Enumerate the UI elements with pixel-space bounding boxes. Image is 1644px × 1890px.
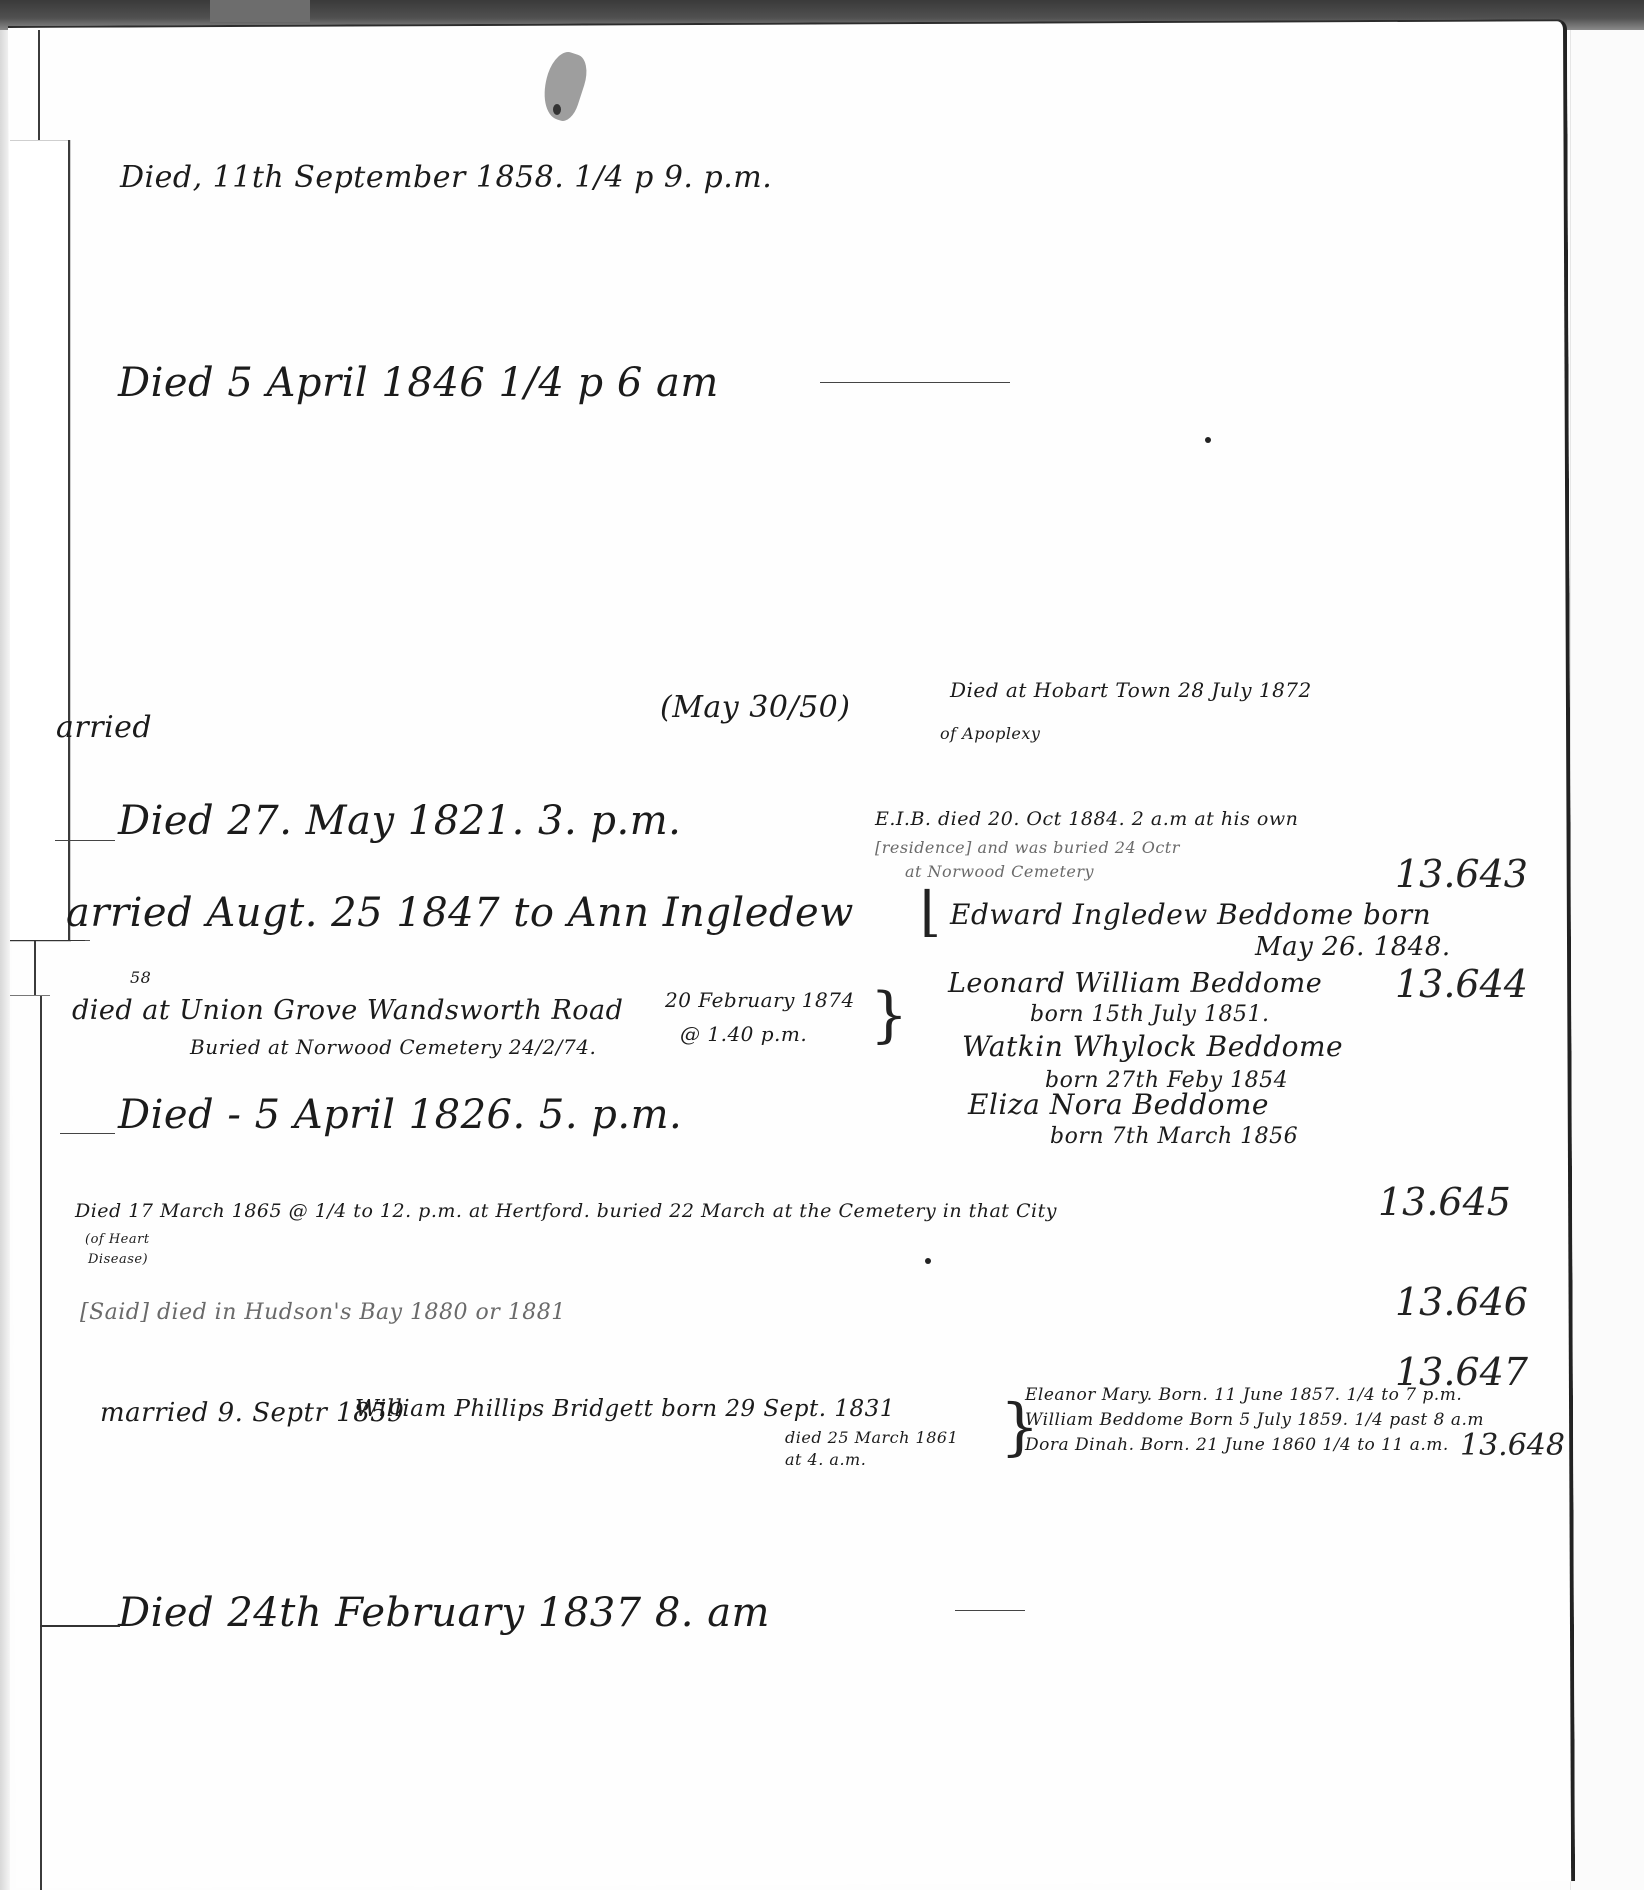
entry-died-1826: Died - 5 April 1826. 5. p.m. — [118, 1092, 682, 1138]
entry-bridgett-line1: William Phillips Bridgett born 29 Sept. … — [355, 1396, 895, 1422]
scanner-notch — [210, 0, 310, 22]
entry-died-1865-cause2: Disease) — [88, 1252, 148, 1267]
entry-married-partial: arried — [56, 710, 152, 745]
entry-married-1847: arried Augt. 25 1847 to Ann Ingledew — [66, 890, 854, 936]
entry-hudson: [Said] died in Hudson's Bay 1880 or 1881 — [80, 1300, 566, 1325]
ref-13-645: 13.645 — [1378, 1180, 1511, 1224]
entry-rule — [60, 1133, 115, 1134]
entry-died-1865-cause1: (of Heart — [85, 1232, 150, 1247]
entry-edward-line1: Edward Ingledew Beddome born — [950, 898, 1431, 931]
entry-edward-line2: May 26. 1848. — [1255, 932, 1451, 962]
bracket-mark: ⌊ — [920, 880, 941, 943]
entry-died-1837: Died 24th February 1837 8. am — [118, 1590, 770, 1636]
entry-bridgett-line2: died 25 March 1861 — [785, 1428, 958, 1447]
ref-13-648: 13.648 — [1460, 1428, 1565, 1463]
entry-watkin-line1: Watkin Whylock Beddome — [962, 1030, 1343, 1063]
entry-eib-line2: [residence] and was buried 24 Octr — [875, 838, 1180, 857]
entry-union-grove-age: 58 — [130, 968, 151, 987]
slip-fold-line-2 — [10, 995, 50, 996]
entry-eib-line1: E.I.B. died 20. Oct 1884. 2 a.m at his o… — [875, 808, 1298, 830]
entry-child-dora: Dora Dinah. Born. 21 June 1860 1/4 to 11… — [1025, 1435, 1449, 1455]
entry-bridgett-line3: at 4. a.m. — [785, 1450, 866, 1469]
entry-hobart-line1: Died at Hobart Town 28 July 1872 — [950, 678, 1312, 702]
entry-child-william: William Beddome Born 5 July 1859. 1/4 pa… — [1025, 1410, 1484, 1430]
entry-may-note: (May 30/50) — [660, 690, 850, 725]
ink-dot — [1205, 437, 1211, 443]
entry-died-1821: Died 27. May 1821. 3. p.m. — [118, 798, 681, 844]
entry-died-1846: Died 5 April 1846 1/4 p 6 am — [118, 360, 719, 406]
entry-eib-line3: at Norwood Cemetery — [905, 862, 1094, 881]
entry-rule — [40, 1625, 120, 1627]
ref-13-643: 13.643 — [1395, 852, 1528, 896]
margin-line-upper — [68, 140, 70, 940]
entry-leonard-line2: born 15th July 1851. — [1030, 1002, 1269, 1027]
margin-slip-upper — [10, 140, 71, 942]
margin-line-top — [38, 30, 40, 140]
entry-union-grove-date1: 20 February 1874 — [665, 988, 855, 1012]
entry-hobart-line2: of Apoplexy — [940, 724, 1040, 743]
ref-13-646: 13.646 — [1395, 1280, 1528, 1324]
entry-union-grove-date2: @ 1.40 p.m. — [680, 1022, 807, 1046]
entry-died-1865: Died 17 March 1865 @ 1/4 to 12. p.m. at … — [75, 1200, 1057, 1222]
ref-13-644: 13.644 — [1395, 962, 1528, 1006]
entry-child-eleanor: Eleanor Mary. Born. 11 June 1857. 1/4 to… — [1025, 1385, 1462, 1405]
staple-hole — [553, 104, 561, 115]
margin-line-mid — [34, 940, 36, 995]
entry-union-grove-line1: died at Union Grove Wandsworth Road — [72, 995, 623, 1026]
entry-rule — [55, 840, 115, 841]
scan-right-margin — [1570, 0, 1644, 1890]
entry-died-1858: Died, 11th September 1858. 1/4 p 9. p.m. — [120, 160, 772, 195]
entry-eliza-line1: Eliza Nora Beddome — [968, 1088, 1269, 1121]
brace-mark: } — [870, 980, 908, 1050]
entry-rule — [955, 1610, 1025, 1611]
entry-rule — [10, 940, 85, 941]
ink-dot — [925, 1258, 931, 1264]
entry-leonard-line1: Leonard William Beddome — [948, 968, 1322, 999]
entry-eliza-line2: born 7th March 1856 — [1050, 1124, 1298, 1149]
entry-union-grove-line2: Buried at Norwood Cemetery 24/2/74. — [190, 1035, 596, 1059]
margin-line-lower — [40, 995, 42, 1890]
entry-rule — [820, 382, 1010, 383]
